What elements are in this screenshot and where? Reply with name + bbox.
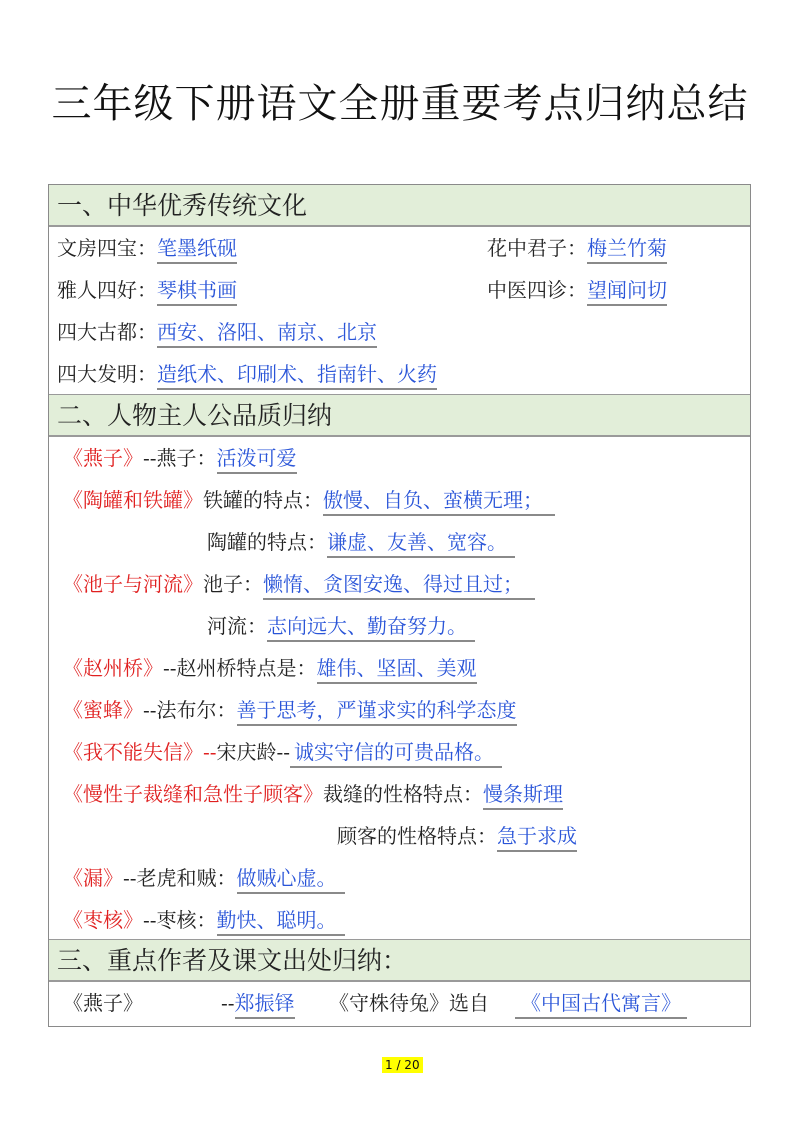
list-item: 《漏》--老虎和贼：做贼心虚。 xyxy=(63,857,750,899)
section-heading-characters: 二、人物主人公品质归纳 xyxy=(49,394,750,437)
item-label: 四大古都： xyxy=(57,320,157,344)
dash: -- xyxy=(203,740,217,764)
list-item: 《池子与河流》池子：懒惰、贪图安逸、得过且过； xyxy=(63,563,750,605)
list-item: 《燕子》--燕子：活泼可爱 xyxy=(63,437,750,479)
item-label: 裁缝的性格特点： xyxy=(323,782,483,806)
author-name: 郑振铎 xyxy=(235,990,295,1019)
item-label: --老虎和贼： xyxy=(123,866,237,890)
list-item: 陶罐的特点：谦虚、友善、宽容。 xyxy=(63,521,750,563)
book-source-label: 《守株待兔》选自 xyxy=(329,982,489,1024)
item-answer: 梅兰竹菊 xyxy=(587,235,667,264)
list-item: 《赵州桥》--赵州桥特点是：雄伟、坚固、美观 xyxy=(63,647,750,689)
item-label: 中医四诊： xyxy=(487,278,587,302)
item-answer: 西安、洛阳、南京、北京 xyxy=(157,319,377,348)
list-item: 河流：志向远大、勤奋努力。 xyxy=(63,605,750,647)
list-item: 顾客的性格特点：急于求成 xyxy=(63,815,750,857)
summary-table: 一、中华优秀传统文化 文房四宝：笔墨纸砚 花中君子：梅兰竹菊 雅人四好：琴棋书画… xyxy=(48,184,751,1027)
source-title: 《中国古代寓言》 xyxy=(515,990,687,1019)
book-title: 《枣核》 xyxy=(63,908,143,932)
item-label: 池子： xyxy=(203,572,263,596)
list-item: 《慢性子裁缝和急性子顾客》裁缝的性格特点：慢条斯理 xyxy=(63,773,750,815)
book-title: 《蜜蜂》 xyxy=(63,698,143,722)
item-label: 顾客的性格特点： xyxy=(337,824,497,848)
list-item: 文房四宝：笔墨纸砚 花中君子：梅兰竹菊 xyxy=(57,227,750,269)
item-label: 花中君子： xyxy=(487,236,587,260)
item-answer: 活泼可爱 xyxy=(217,445,297,474)
item-label: --枣核： xyxy=(143,908,217,932)
item-label: 铁罐的特点： xyxy=(203,488,323,512)
list-item: 《陶罐和铁罐》铁罐的特点：傲慢、自负、蛮横无理； xyxy=(63,479,750,521)
book-title: 《陶罐和铁罐》 xyxy=(63,488,203,512)
item-answer: 琴棋书画 xyxy=(157,277,237,306)
list-item: 雅人四好：琴棋书画 中医四诊：望闻问切 xyxy=(57,269,750,311)
book-title: 《燕子》 xyxy=(63,991,143,1015)
item-answer: 懒惰、贪图安逸、得过且过； xyxy=(263,571,535,600)
list-item: 《燕子》 --郑振铎 《守株待兔》选自 《中国古代寓言》 xyxy=(63,982,750,1024)
item-answer: 谦虚、友善、宽容。 xyxy=(327,529,515,558)
book-title: 《漏》 xyxy=(63,866,123,890)
item-label: 文房四宝： xyxy=(57,236,157,260)
item-answer: 慢条斯理 xyxy=(483,781,563,810)
book-title: 《燕子》 xyxy=(63,446,143,470)
item-label: 雅人四好： xyxy=(57,278,157,302)
section-heading-culture: 一、中华优秀传统文化 xyxy=(49,185,750,227)
item-label: 河流： xyxy=(207,614,267,638)
item-label: 陶罐的特点： xyxy=(207,530,327,554)
item-answer: 做贼心虚。 xyxy=(237,865,345,894)
list-item: 《蜜蜂》--法布尔：善于思考，严谨求实的科学态度 xyxy=(63,689,750,731)
item-answer: 急于求成 xyxy=(497,823,577,852)
section-body-authors: 《燕子》 --郑振铎 《守株待兔》选自 《中国古代寓言》 xyxy=(49,982,750,1024)
item-answer: 诚实守信的可贵品格。 xyxy=(290,739,502,768)
item-answer: 造纸术、印刷术、指南针、火药 xyxy=(157,361,437,390)
item-answer: 雄伟、坚固、美观 xyxy=(317,655,477,684)
page-indicator: 1 / 20 xyxy=(382,1057,423,1073)
item-answer: 望闻问切 xyxy=(587,277,667,306)
item-label: 四大发明： xyxy=(57,362,157,386)
item-label: --燕子： xyxy=(143,446,217,470)
page-title: 三年级下册语文全册重要考点归纳总结 xyxy=(0,72,800,129)
section-body-culture: 文房四宝：笔墨纸砚 花中君子：梅兰竹菊 雅人四好：琴棋书画 中医四诊：望闻问切 … xyxy=(49,227,750,394)
book-title: 《我不能失信》 xyxy=(63,740,203,764)
list-item: 《我不能失信》--宋庆龄--诚实守信的可贵品格。 xyxy=(63,731,750,773)
book-title: 《池子与河流》 xyxy=(63,572,203,596)
dash: -- xyxy=(221,991,235,1015)
list-item: 四大发明：造纸术、印刷术、指南针、火药 xyxy=(57,353,750,394)
item-answer: 勤快、聪明。 xyxy=(217,907,345,936)
section-heading-authors: 三、重点作者及课文出处归纳： xyxy=(49,939,750,982)
item-label: --法布尔： xyxy=(143,698,237,722)
item-answer: 志向远大、勤奋努力。 xyxy=(267,613,475,642)
book-title: 《慢性子裁缝和急性子顾客》 xyxy=(63,782,323,806)
item-label: 宋庆龄-- xyxy=(217,740,291,764)
section-body-characters: 《燕子》--燕子：活泼可爱 《陶罐和铁罐》铁罐的特点：傲慢、自负、蛮横无理； 陶… xyxy=(49,437,750,939)
list-item: 《枣核》--枣核：勤快、聪明。 xyxy=(63,899,750,939)
list-item: 四大古都：西安、洛阳、南京、北京 xyxy=(57,311,750,353)
item-answer: 傲慢、自负、蛮横无理； xyxy=(323,487,555,516)
item-answer: 善于思考，严谨求实的科学态度 xyxy=(237,697,517,726)
book-title: 《赵州桥》 xyxy=(63,656,163,680)
item-answer: 笔墨纸砚 xyxy=(157,235,237,264)
item-label: --赵州桥特点是： xyxy=(163,656,317,680)
